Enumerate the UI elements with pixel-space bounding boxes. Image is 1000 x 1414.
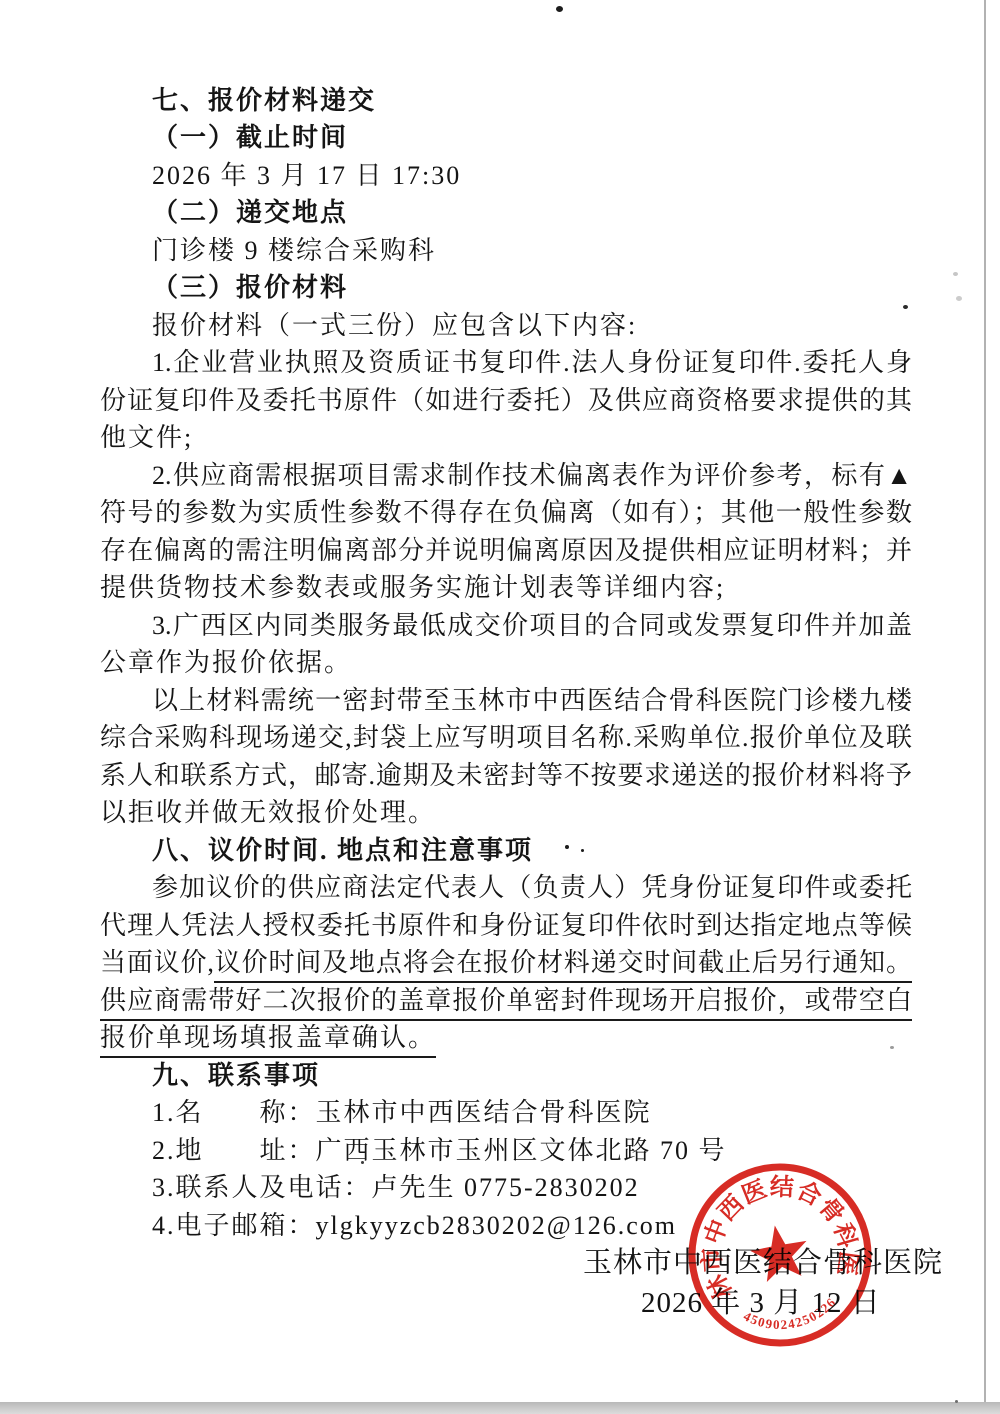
text-line: 代理人凭法人授权委托书原件和身份证复印件依时到达指定地点等候	[100, 909, 912, 943]
text-line: 2026 年 3 月 17 日 17:30	[152, 159, 461, 193]
text-line: （三）报价材料	[152, 271, 348, 305]
text-run: 参加议价的供应商法定代表人（负责人）凭身份证复印件或委托	[152, 873, 912, 902]
scan-dot	[565, 845, 569, 849]
star-icon	[747, 1221, 813, 1284]
text-run: 公章作为报价依据。	[100, 648, 352, 677]
text-line: 他文件;	[100, 421, 193, 455]
text-run: （一）截止时间	[152, 123, 348, 152]
text-run: 报价材料（一式三份）应包含以下内容:	[152, 311, 637, 340]
scan-right-edge	[984, 0, 986, 1414]
text-line: 八、议价时间. 地点和注意事项	[152, 834, 533, 868]
text-line: 当面议价,议价时间及地点将会在报价材料递交时间截止后另行通知。	[100, 946, 912, 980]
text-run: 4.电子邮箱：ylgkyyzcb2830202@126.com	[152, 1211, 677, 1240]
seal-graphic: 玉林市中西医结合骨科医院 4509024250226	[650, 1125, 910, 1385]
text-line: 存在偏离的需注明偏离部分并说明偏离原因及提供相应证明材料；并	[100, 534, 912, 568]
text-run: 九、联系事项	[152, 1061, 320, 1090]
text-line: 九、联系事项	[152, 1059, 320, 1093]
text-run: 当面议价,	[100, 948, 214, 977]
text-run: 2026 年 3 月 17 日 17:30	[152, 161, 461, 190]
text-run: 1.名 称：玉林市中西医结合骨科医院	[152, 1098, 652, 1127]
text-run: 八、议价时间. 地点和注意事项	[152, 836, 533, 865]
text-run: 2.地 址：广西玉林市玉州区文体北路 70 号	[152, 1136, 727, 1165]
scan-dot	[581, 849, 584, 852]
text-line: 报价材料（一式三份）应包含以下内容:	[152, 309, 637, 343]
text-line: 公章作为报价依据。	[100, 646, 352, 680]
text-line: 4.电子邮箱：ylgkyyzcb2830202@126.com	[152, 1209, 677, 1243]
text-run: （二）递交地点	[152, 198, 348, 227]
text-run: 3.联系人及电话：卢先生 0775-2830202	[152, 1173, 640, 1202]
text-run: （三）报价材料	[152, 273, 348, 302]
text-run: 代理人凭法人授权委托书原件和身份证复印件依时到达指定地点等候	[100, 911, 912, 940]
scan-dot	[956, 296, 962, 301]
text-line: 七、报价材料递交	[152, 84, 376, 118]
text-line: 2.地 址：广西玉林市玉州区文体北路 70 号	[152, 1134, 727, 1168]
underlined-text: 供应商需带好二次报价的盖章报价单密封件现场开启报价，或带空白	[100, 986, 912, 1021]
text-line: 1.企业营业执照及资质证书复印件.法人身份证复印件.委托人身	[152, 346, 912, 380]
text-line: 3.广西区内同类服务最低成交价项目的合同或发票复印件并加盖	[152, 609, 912, 643]
text-line: 门诊楼 9 楼综合采购科	[152, 234, 436, 268]
text-run: 提供货物技术参数表或服务实施计划表等详细内容;	[100, 573, 725, 602]
text-line: 1.名 称：玉林市中西医结合骨科医院	[152, 1096, 652, 1130]
text-line: （一）截止时间	[152, 121, 348, 155]
text-line: 以上材料需统一密封带至玉林市中西医结合骨科医院门诊楼九楼	[152, 684, 912, 718]
text-run: 1.企业营业执照及资质证书复印件.法人身份证复印件.委托人身	[152, 348, 912, 377]
text-run: 存在偏离的需注明偏离部分并说明偏离原因及提供相应证明材料；并	[100, 536, 912, 565]
scanned-document-page: { "page": { "width": 1000, "height": 141…	[0, 0, 1000, 1414]
scan-dot	[556, 6, 563, 12]
text-run: 以上材料需统一密封带至玉林市中西医结合骨科医院门诊楼九楼	[152, 686, 912, 715]
text-run: 他文件;	[100, 423, 193, 452]
underlined-text: 报价单现场填报盖章确认。	[100, 1023, 436, 1058]
underlined-text: 议价时间及地点将会在报价材料递交时间截止后另行通知。	[214, 948, 912, 983]
scan-dot	[955, 1400, 958, 1403]
text-run: 3.广西区内同类服务最低成交价项目的合同或发票复印件并加盖	[152, 611, 912, 640]
text-line: 提供货物技术参数表或服务实施计划表等详细内容;	[100, 571, 725, 605]
text-line: 2.供应商需根据项目需求制作技术偏离表作为评价参考，标有▲	[152, 459, 912, 493]
text-line: 3.联系人及电话：卢先生 0775-2830202	[152, 1171, 640, 1205]
scan-dot	[903, 305, 908, 309]
text-run: 综合采购科现场递交,封袋上应写明项目名称.采购单位.报价单位及联	[100, 723, 912, 752]
text-line: 系人和联系方式，邮寄.逾期及未密封等不按要求递送的报价材料将予	[100, 759, 912, 793]
text-run: 门诊楼 9 楼综合采购科	[152, 236, 436, 265]
text-run: 符号的参数为实质性参数不得存在负偏离（如有）；其他一般性参数	[100, 498, 912, 527]
text-line: 参加议价的供应商法定代表人（负责人）凭身份证复印件或委托	[152, 871, 912, 905]
text-line: 份证复印件及委托书原件（如进行委托）及供应商资格要求提供的其	[100, 384, 912, 418]
text-run: 2.供应商需根据项目需求制作技术偏离表作为评价参考，标有▲	[152, 461, 912, 490]
official-seal-stamp: 玉林市中西医结合骨科医院 4509024250226	[650, 1125, 910, 1385]
text-line: 以拒收并做无效报价处理。	[100, 796, 436, 830]
text-line: 报价单现场填报盖章确认。	[100, 1021, 436, 1055]
text-line: 综合采购科现场递交,封袋上应写明项目名称.采购单位.报价单位及联	[100, 721, 912, 755]
scan-bottom-edge	[0, 1402, 1000, 1414]
text-run: 份证复印件及委托书原件（如进行委托）及供应商资格要求提供的其	[100, 386, 912, 415]
scan-dot	[361, 1161, 364, 1164]
text-run: 七、报价材料递交	[152, 86, 376, 115]
scan-dot	[953, 272, 958, 276]
text-run: 以拒收并做无效报价处理。	[100, 798, 436, 827]
scan-dot	[890, 1046, 894, 1049]
text-run: 系人和联系方式，邮寄.逾期及未密封等不按要求递送的报价材料将予	[100, 761, 912, 790]
text-line: 符号的参数为实质性参数不得存在负偏离（如有）；其他一般性参数	[100, 496, 912, 530]
text-line: （二）递交地点	[152, 196, 348, 230]
text-line: 供应商需带好二次报价的盖章报价单密封件现场开启报价，或带空白	[100, 984, 912, 1018]
